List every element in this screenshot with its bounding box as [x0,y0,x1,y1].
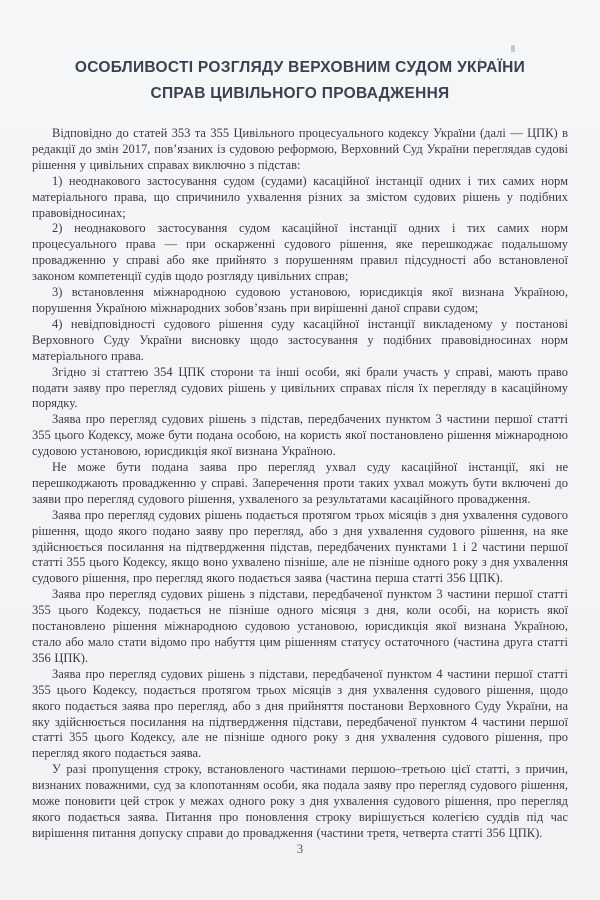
list-item-1: 1) неоднакового застосування судом (суда… [32,174,568,222]
list-item-4: 4) невідповідності судового рішення суду… [32,317,568,365]
paragraph: Не може бути подана заява про перегляд у… [32,460,568,508]
scan-artifact [511,45,515,52]
page-title-line-1: ОСОБЛИВОСТІ РОЗГЛЯДУ ВЕРХОВНИМ СУДОМ УКР… [0,55,600,81]
paragraph: Заява про перегляд судових рішень з підс… [32,412,568,460]
document-footer: 3 [0,840,600,858]
document-body: Відповідно до статей 353 та 355 Цивільно… [32,126,568,842]
paragraph-intro: Відповідно до статей 353 та 355 Цивільно… [32,126,568,174]
scan-artifact [479,58,481,67]
list-item-2: 2) неоднакового застосування судом касац… [32,221,568,285]
paragraph: Заява про перегляд судових рішень подаєт… [32,508,568,588]
paragraph: Заява про перегляд судових рішень з підс… [32,667,568,762]
page-title: ОСОБЛИВОСТІ РОЗГЛЯДУ ВЕРХОВНИМ СУДОМ УКР… [0,55,600,107]
paragraph: Згідно зі статтею 354 ЦПК сторони та інш… [32,365,568,413]
paragraph: Заява про перегляд судових рішень з підс… [32,587,568,667]
page-number: 3 [297,842,303,856]
list-item-3: 3) встановлення міжнародною судовою уста… [32,285,568,317]
paragraph: У разі пропущення строку, встановленого … [32,762,568,842]
document-header: ОСОБЛИВОСТІ РОЗГЛЯДУ ВЕРХОВНИМ СУДОМ УКР… [0,0,600,107]
page-title-line-2: СПРАВ ЦИВІЛЬНОГО ПРОВАДЖЕННЯ [0,81,600,107]
scanned-document-page: ОСОБЛИВОСТІ РОЗГЛЯДУ ВЕРХОВНИМ СУДОМ УКР… [0,0,600,900]
